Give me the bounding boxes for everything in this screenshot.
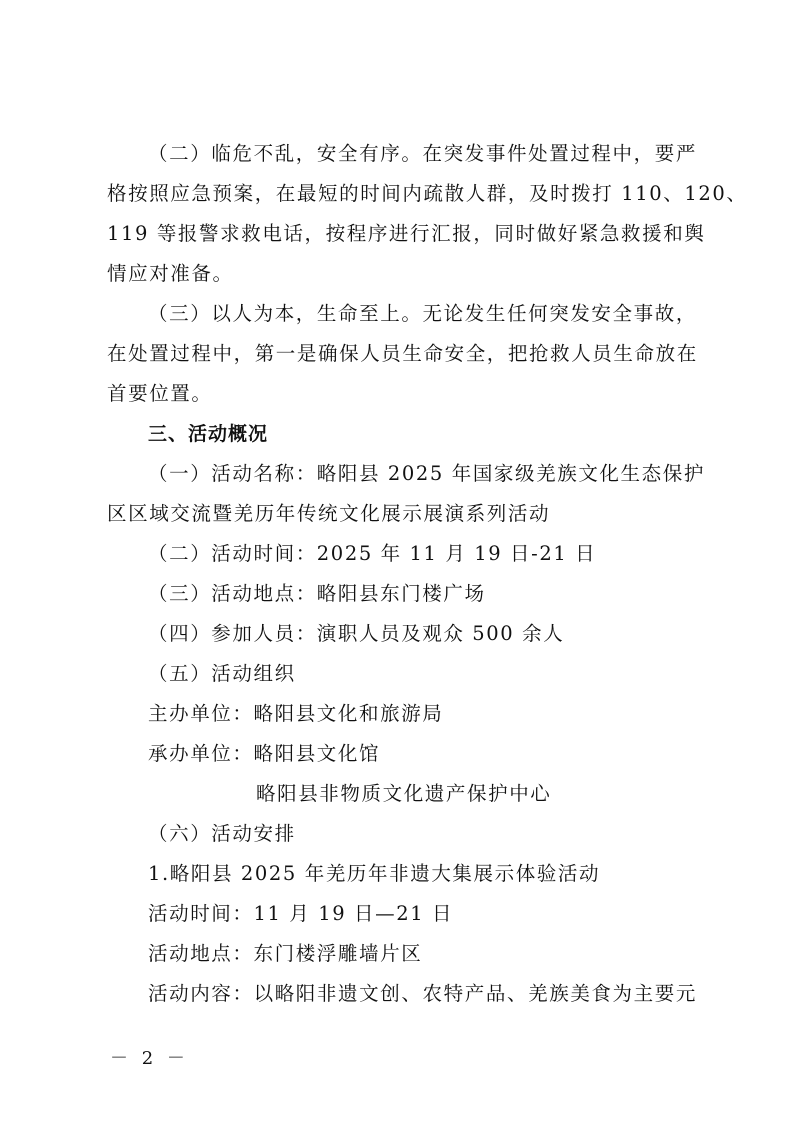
activity1-place: 活动地点：东门楼浮雕墙片区 xyxy=(148,934,422,974)
activity-place: （三）活动地点：略阳县东门楼广场 xyxy=(148,574,486,614)
paragraph-line: 119 等报警求救电话，按程序进行汇报，同时做好紧急救援和舆 xyxy=(107,214,697,254)
paragraph-line: 在处置过程中，第一是确保人员生命安全，把抢救人员生命放在 xyxy=(107,334,697,374)
paragraph-line: 情应对准备。 xyxy=(107,254,234,294)
arrangement-title: （六）活动安排 xyxy=(148,814,296,854)
paragraph-line: 首要位置。 xyxy=(107,374,213,414)
activity-time: （二）活动时间：2025 年 11 月 19 日-21 日 xyxy=(148,534,596,574)
organization-title: （五）活动组织 xyxy=(148,654,296,694)
paragraph-line: 格按照应急预案，在最短的时间内疏散人群，及时拨打 110、120、 xyxy=(107,174,697,214)
paragraph-line: （二）临危不乱，安全有序。在突发事件处置过程中，要严 xyxy=(148,134,697,174)
section-heading: 三、活动概况 xyxy=(148,414,268,454)
activity-name-line: （一）活动名称：略阳县 2025 年国家级羌族文化生态保护 xyxy=(148,454,697,494)
host-unit: 主办单位：略阳县文化和旅游局 xyxy=(148,694,443,734)
page-number: － 2 － xyxy=(110,1044,189,1070)
activity-participants: （四）参加人员：演职人员及观众 500 余人 xyxy=(148,614,564,654)
activity1-title: 1.略阳县 2025 年羌历年非遗大集展示体验活动 xyxy=(148,854,600,894)
paragraph-line: （三）以人为本，生命至上。无论发生任何突发安全事故， xyxy=(148,294,697,334)
organizer-unit: 承办单位：略阳县文化馆 xyxy=(148,734,380,774)
activity1-content: 活动内容：以略阳非遗文创、农特产品、羌族美食为主要元 xyxy=(148,974,697,1014)
activity-name-line: 区区域交流暨羌历年传统文化展示展演系列活动 xyxy=(107,494,550,534)
organizer-unit-2: 略阳县非物质文化遗产保护中心 xyxy=(256,774,551,814)
activity1-time: 活动时间：11 月 19 日—21 日 xyxy=(148,894,453,934)
